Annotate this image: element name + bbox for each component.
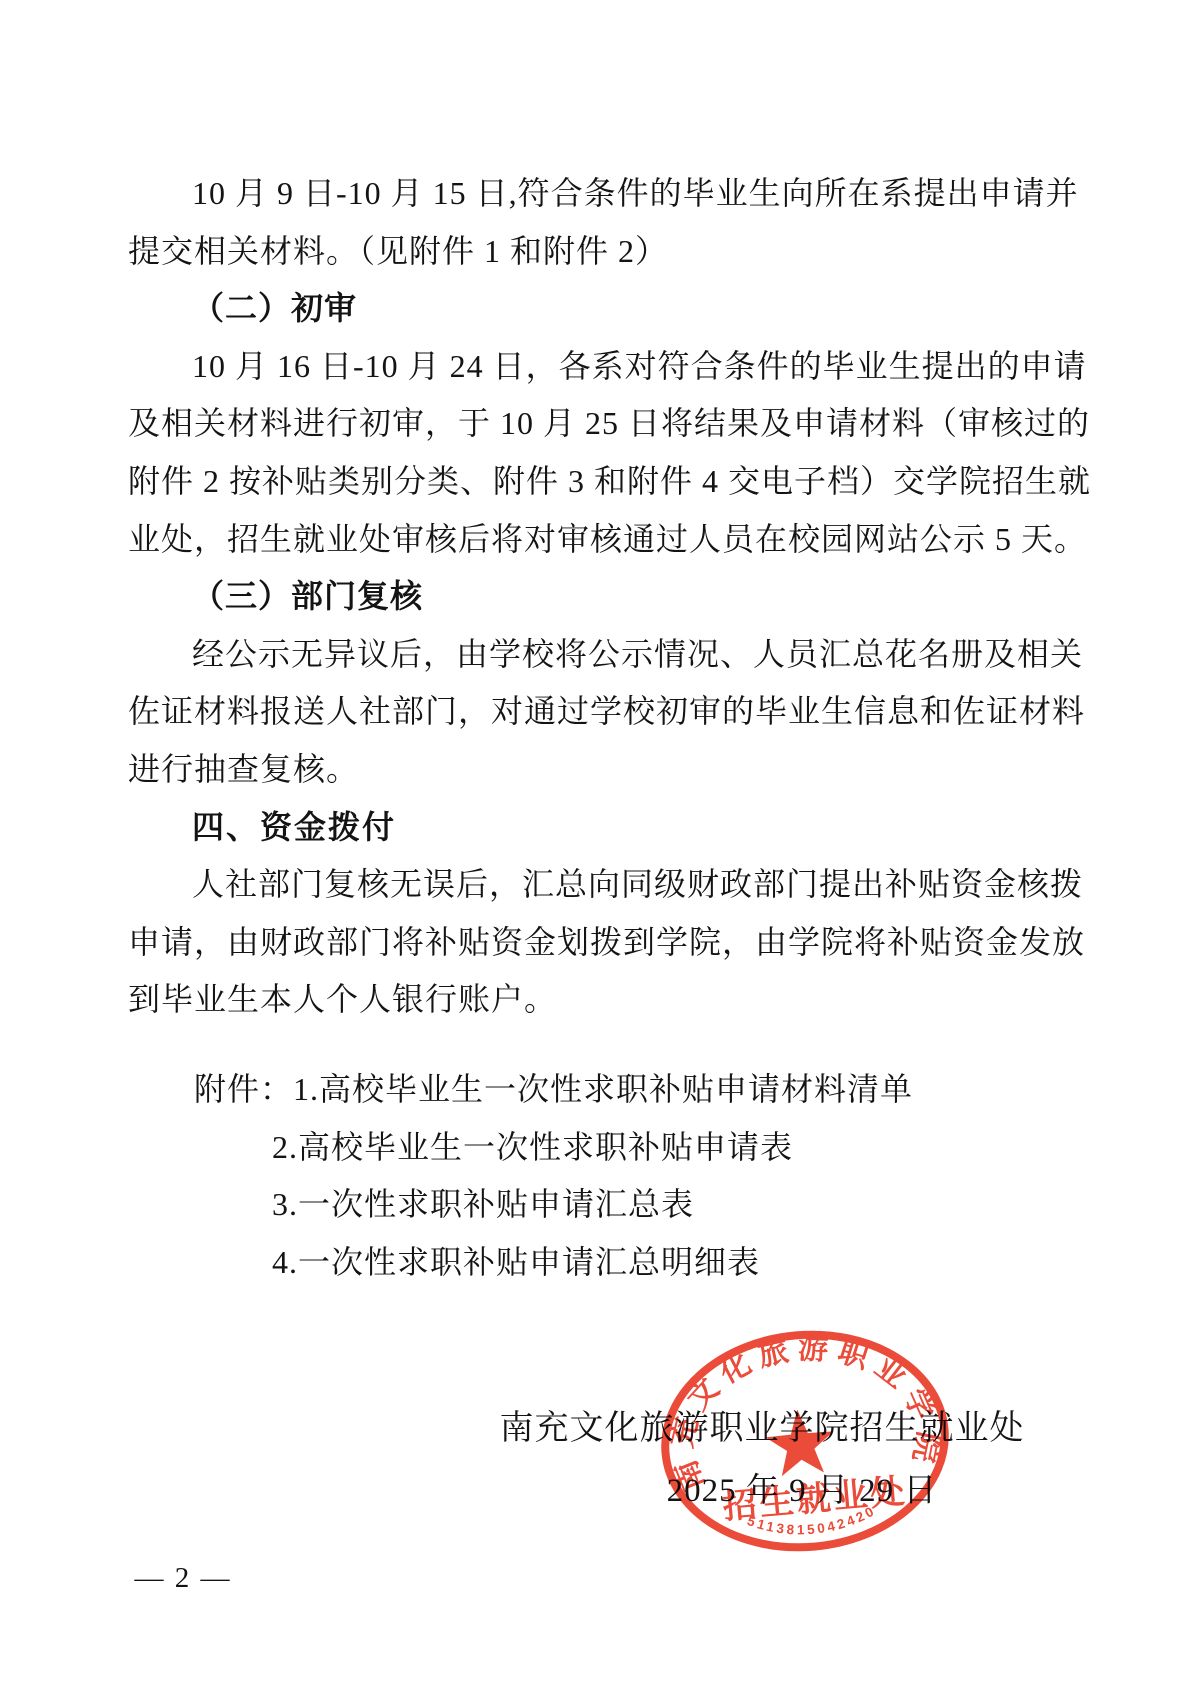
body-line: 佐证材料报送人社部门，对通过学校初审的毕业生信息和佐证材料 <box>128 683 1113 741</box>
section-heading: 四、资金拨付 <box>128 799 1113 857</box>
body-line: 申请，由财政部门将补贴资金划拨到学院，由学院将补贴资金发放 <box>128 914 1113 972</box>
attachment-item: 附件：1.高校毕业生一次性求职补贴申请材料清单 <box>194 1061 913 1119</box>
document-body: 10 月 9 日-10 月 15 日,符合条件的毕业生向所在系提出申请并 提交相… <box>128 165 1113 1029</box>
body-line: 10 月 16 日-10 月 24 日，各系对符合条件的毕业生提出的申请 <box>128 338 1113 396</box>
section-heading: （三）部门复核 <box>128 568 1113 626</box>
body-line: 业处，招生就业处审核后将对审核通过人员在校园网站公示 5 天。 <box>128 511 1113 569</box>
body-line: 提交相关材料。（见附件 1 和附件 2） <box>128 223 1113 281</box>
body-line: 进行抽查复核。 <box>128 741 1113 799</box>
attachment-item: 2.高校毕业生一次性求职补贴申请表 <box>272 1119 913 1177</box>
body-line: 附件 2 按补贴类别分类、附件 3 和附件 4 交电子档）交学院招生就 <box>128 453 1113 511</box>
body-line: 到毕业生本人个人银行账户。 <box>128 971 1113 1029</box>
seal-star-icon <box>763 1407 837 1478</box>
body-line: 及相关材料进行初审，于 10 月 25 日将结果及申请材料（审核过的 <box>128 395 1113 453</box>
attachment-list: 附件：1.高校毕业生一次性求职补贴申请材料清单 2.高校毕业生一次性求职补贴申请… <box>128 1061 913 1291</box>
section-heading: （二）初审 <box>128 280 1113 338</box>
body-line: 10 月 9 日-10 月 15 日,符合条件的毕业生向所在系提出申请并 <box>128 165 1113 223</box>
attachment-item: 4.一次性求职补贴申请汇总明细表 <box>272 1234 913 1292</box>
attachment-item: 3.一次性求职补贴申请汇总表 <box>272 1176 913 1234</box>
page-number: — 2 — <box>128 1562 238 1595</box>
body-line: 经公示无异议后，由学校将公示情况、人员汇总花名册及相关 <box>128 626 1113 684</box>
body-line: 人社部门复核无误后，汇总向同级财政部门提出补贴资金核拨 <box>128 856 1113 914</box>
document-page: 10 月 9 日-10 月 15 日,符合条件的毕业生向所在系提出申请并 提交相… <box>0 0 1191 1684</box>
seal-arc-title: 南充文化旅游职业学院 <box>660 1330 948 1496</box>
official-seal: 南充文化旅游职业学院 招生就业处 5113815042420 <box>660 1330 950 1554</box>
